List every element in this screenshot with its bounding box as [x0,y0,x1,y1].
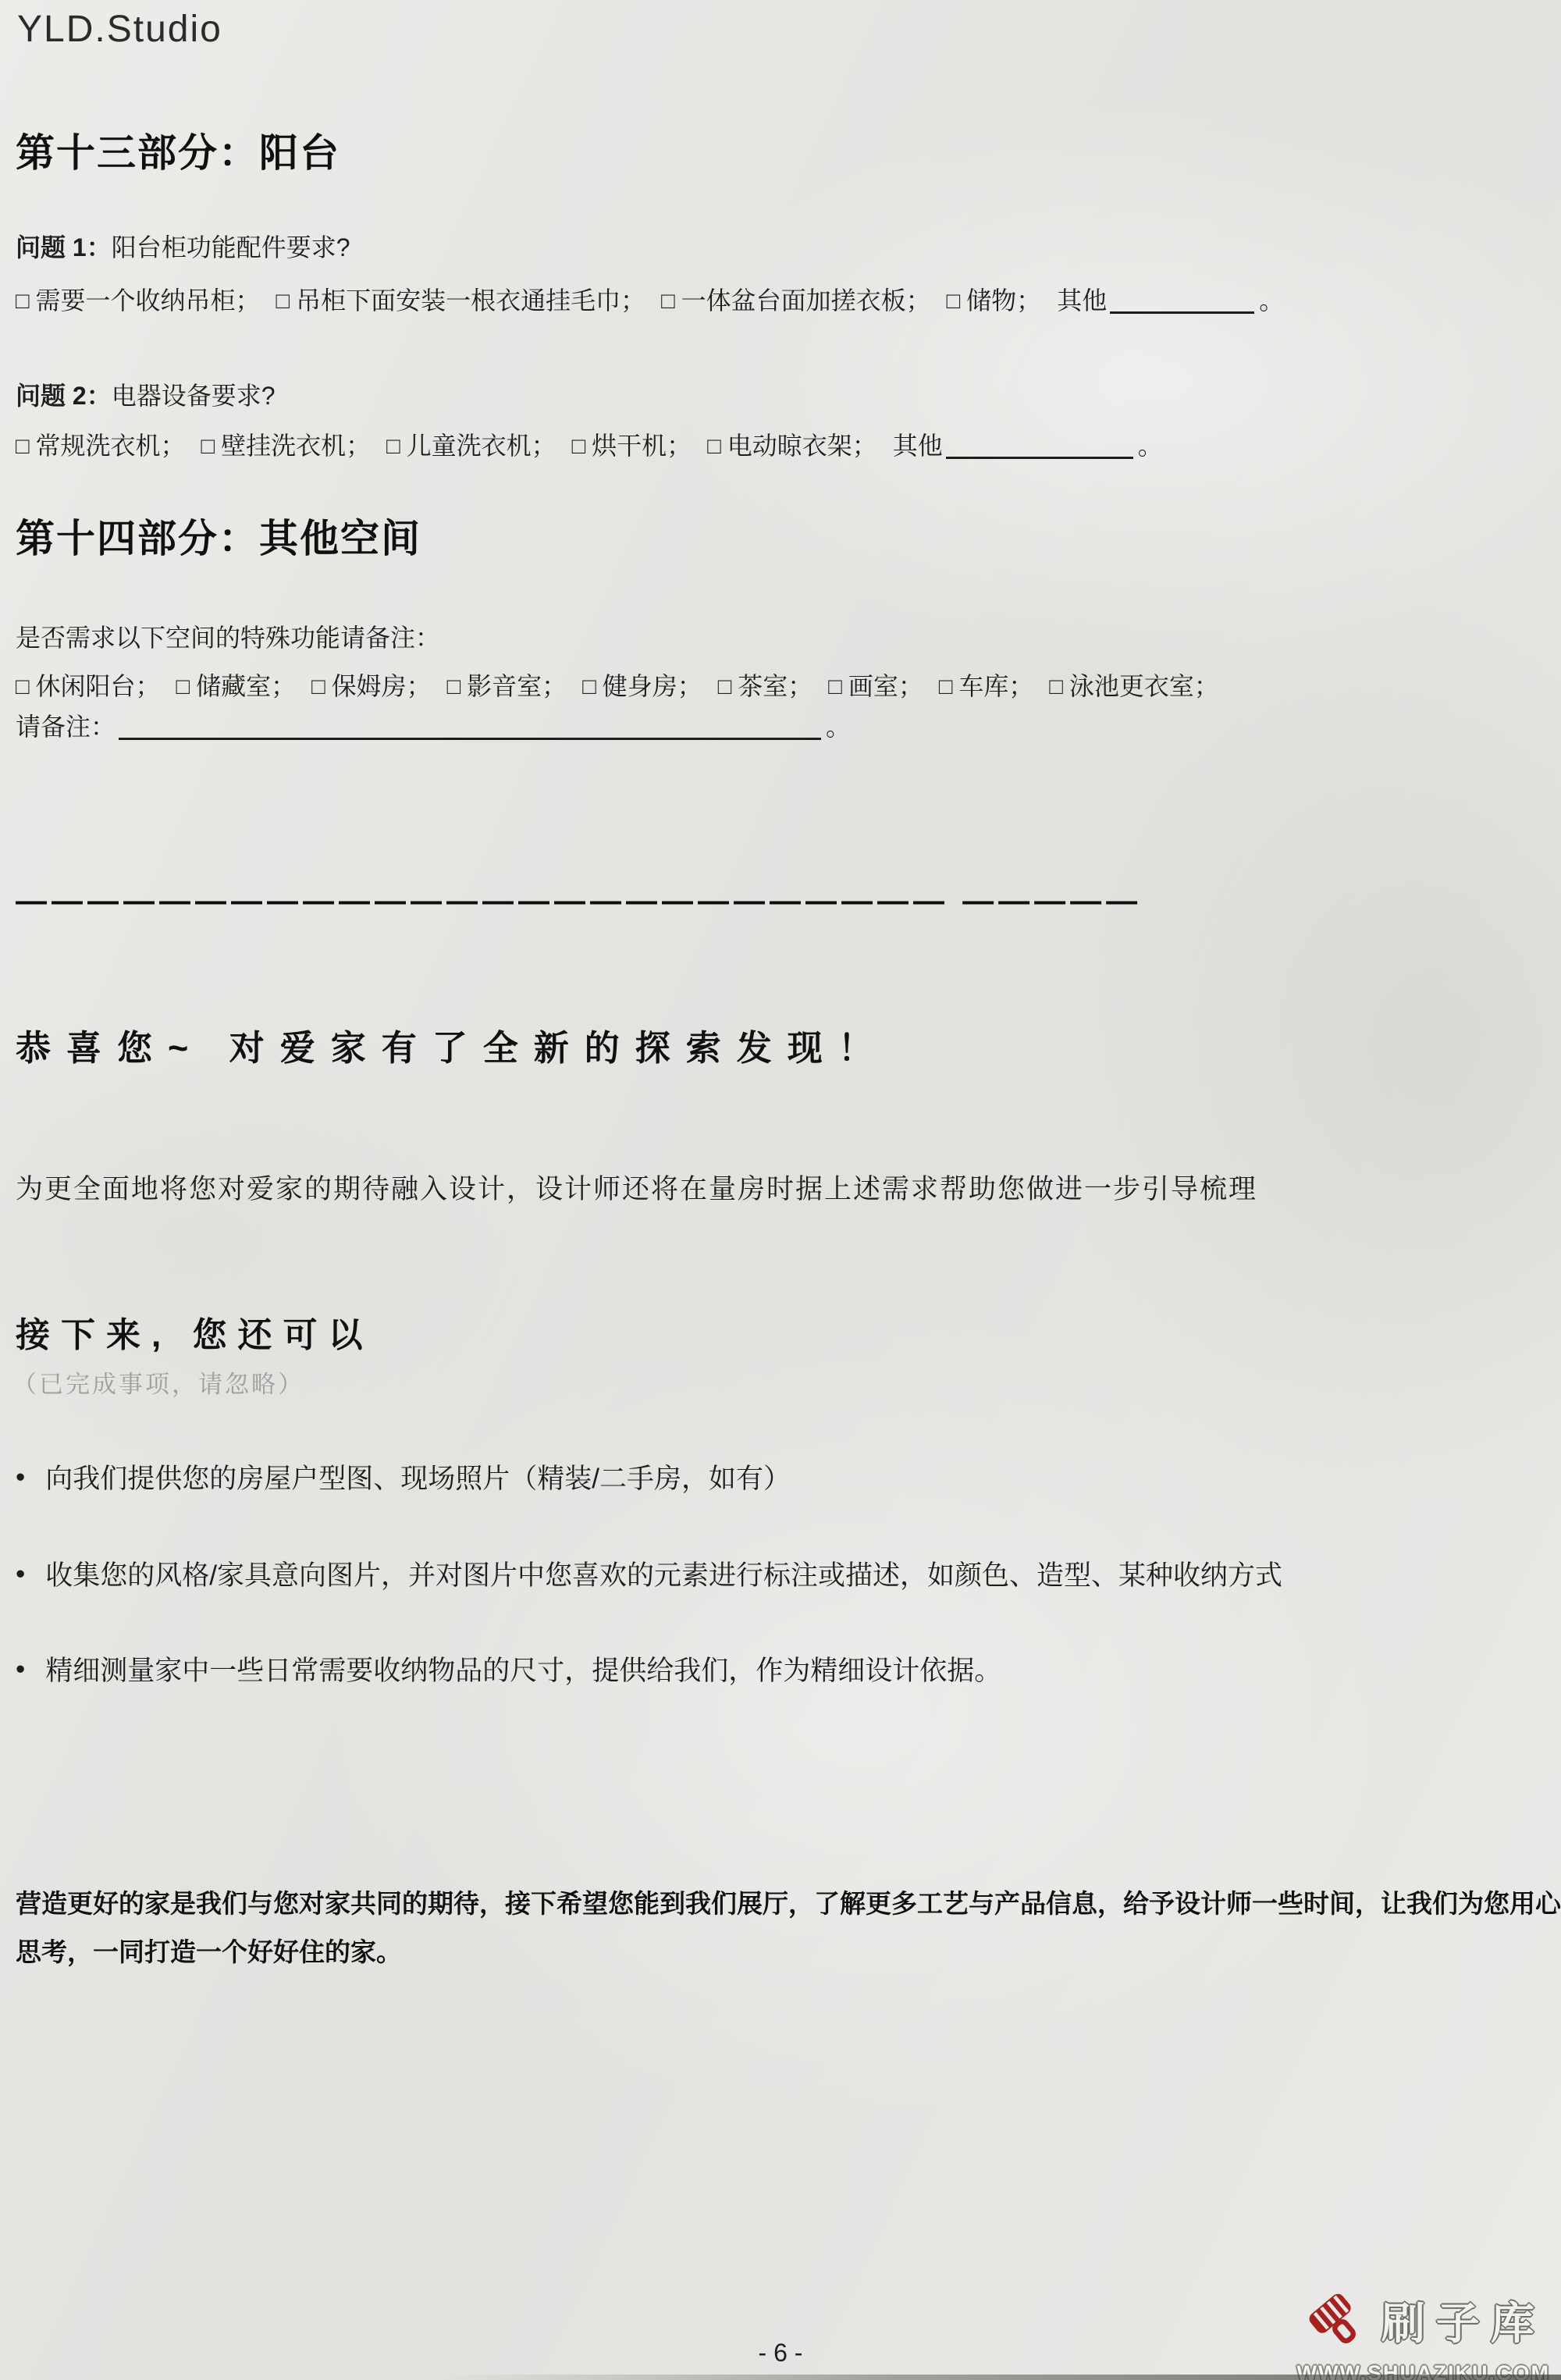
checkbox-icon[interactable]: □ [16,285,30,318]
dashed-divider: —————————————————————————— ————— [16,884,1142,919]
section-14-intro: 是否需求以下空间的特殊功能请备注： [16,621,440,654]
option-label: 儿童洗衣机； [407,432,556,460]
watermark-row: 刷子库 [1302,2282,1545,2358]
option-item: □电动晾衣架； [707,432,877,460]
period: 。 [826,713,851,741]
checkbox-icon[interactable]: □ [947,285,961,318]
section-14-title: 第十四部分：其他空间 [16,507,421,564]
question-1-label: 问题 1： [16,233,112,261]
option-item: □保姆房； [311,672,432,700]
bullet-icon: • [16,1556,25,1592]
option-label: 泳池更衣室； [1069,672,1219,700]
fill-in-blank[interactable] [1110,288,1254,314]
question-1-options: □需要一个收纳吊柜；□吊柜下面安装一根衣通挂毛巾；□一体盆台面加搓衣板；□储物；… [16,284,1284,318]
option-item: □泳池更衣室； [1049,672,1219,700]
measure-note-paragraph: 为更全面地将您对爱家的期待融入设计，设计师还将在量房时据上述需求帮助您做进一步引… [16,1171,1545,1208]
checkbox-icon[interactable]: □ [16,430,30,463]
option-label: 壁挂洗衣机； [221,432,371,460]
final-note-paragraph: 营造更好的家是我们与您对家共同的期待，接下希望您能到我们展厅，了解更多工艺与产品… [16,1880,1561,1976]
checkbox-icon[interactable]: □ [939,671,953,703]
bullet-text: 精细测量家中一些日常需要收纳物品的尺寸，提供给我们，作为精细设计依据。 [45,1653,1001,1689]
question-2-line: 问题 2：电器设备要求? [16,379,276,412]
bullet-item: • 精细测量家中一些日常需要收纳物品的尺寸，提供给我们，作为精细设计依据。 [16,1653,1545,1689]
question-1-line: 问题 1：阳台柜功能配件要求? [16,231,350,264]
option-label: 保姆房； [332,672,432,700]
bullet-text: 收集您的风格/家具意向图片，并对图片中您喜欢的元素进行标注或描述，如颜色、造型、… [45,1558,1282,1594]
section-14-note-line: 请备注：。 [16,710,851,743]
bullet-item: • 向我们提供您的房屋户型图、现场照片（精装/二手房，如有） [16,1461,1545,1497]
congrats-heading: 恭喜您~ 对爱家有了全新的探索发现！ [16,1019,889,1070]
option-label: 一体盆台面加搓衣板； [681,286,931,315]
note-label: 请备注： [16,713,116,741]
next-steps-subnote: （已完成事项，请忽略） [12,1364,304,1400]
checkbox-icon[interactable]: □ [572,430,586,463]
option-item: □儿童洗衣机； [386,432,556,460]
option-item: □画室； [828,672,923,700]
checkbox-icon[interactable]: □ [661,285,675,318]
checkbox-icon[interactable]: □ [1049,671,1063,703]
option-item: □烘干机； [572,432,692,460]
option-item: □影音室； [447,672,567,700]
option-label: 吊柜下面安装一根衣通挂毛巾； [296,286,645,315]
other-label: 其他 [893,432,943,460]
section-14-options: □休闲阳台；□储藏室；□保姆房；□影音室；□健身房；□茶室；□画室；□车库；□泳… [16,670,1235,704]
option-item: □车库； [939,672,1034,700]
checkbox-icon[interactable]: □ [311,671,325,703]
option-item: □常规洗衣机； [16,432,186,460]
option-item: □健身房； [582,672,702,700]
option-item: □吊柜下面安装一根衣通挂毛巾； [276,286,646,315]
fill-in-blank[interactable] [946,433,1133,459]
watermark: 刷子库 WWW.SHUAZIKU.COM [1297,2282,1550,2380]
checkbox-icon[interactable]: □ [718,671,732,703]
option-label: 健身房； [603,672,702,700]
fill-in-blank[interactable] [119,714,821,740]
option-label: 需要一个收纳吊柜； [36,286,261,315]
option-item: □储藏室； [176,672,297,700]
option-item: □需要一个收纳吊柜； [16,286,261,315]
checkbox-icon[interactable]: □ [582,671,596,703]
bullet-icon: • [16,1460,25,1496]
option-item: □一体盆台面加搓衣板； [661,286,931,315]
other-label: 其他 [1057,286,1107,315]
document-page: YLD.Studio 第十三部分：阳台 问题 1：阳台柜功能配件要求? □需要一… [0,0,1561,2380]
bullet-icon: • [16,1652,25,1688]
option-label: 电动晾衣架； [727,432,877,460]
bullet-text: 向我们提供您的房屋户型图、现场照片（精装/二手房，如有） [45,1461,791,1497]
option-label: 车库； [958,672,1033,700]
option-item: □储物； [947,286,1042,315]
option-label: 茶室； [738,672,813,700]
bullet-item: • 收集您的风格/家具意向图片，并对图片中您喜欢的元素进行标注或描述，如颜色、造… [16,1558,1545,1594]
question-2-options: □常规洗衣机；□壁挂洗衣机；□儿童洗衣机；□烘干机；□电动晾衣架；其他。 [16,429,1163,464]
watermark-name: 刷子库 [1381,2289,1545,2352]
next-steps-heading: 接下来, 您还可以 [16,1307,373,1357]
checkbox-icon[interactable]: □ [828,671,842,703]
page-bottom-shadow [437,2375,1561,2380]
option-item: □休闲阳台； [16,672,161,700]
option-label: 常规洗衣机； [36,432,186,460]
checkbox-icon[interactable]: □ [16,671,30,703]
option-label: 储藏室； [196,672,296,700]
checkbox-icon[interactable]: □ [176,671,190,703]
checkbox-icon[interactable]: □ [386,430,400,463]
section-13-title: 第十三部分：阳台 [16,122,340,178]
period: 。 [1259,286,1284,315]
brush-icon [1302,2282,1374,2358]
period: 。 [1138,432,1163,460]
option-label: 烘干机； [592,432,692,460]
checkbox-icon[interactable]: □ [707,430,721,463]
checkbox-icon[interactable]: □ [447,671,461,703]
option-item: □茶室； [718,672,813,700]
option-label: 储物； [966,286,1041,315]
option-item: □壁挂洗衣机； [201,432,372,460]
option-label: 画室； [848,672,923,700]
checkbox-icon[interactable]: □ [276,285,290,318]
question-2-text: 电器设备要求? [112,382,276,410]
option-label: 影音室； [467,672,567,700]
option-label: 休闲阳台； [36,672,161,700]
checkbox-icon[interactable]: □ [201,430,215,463]
brand-logo-text: YLD.Studio [17,8,222,51]
question-1-text: 阳台柜功能配件要求? [112,233,350,261]
question-2-label: 问题 2： [16,382,112,410]
